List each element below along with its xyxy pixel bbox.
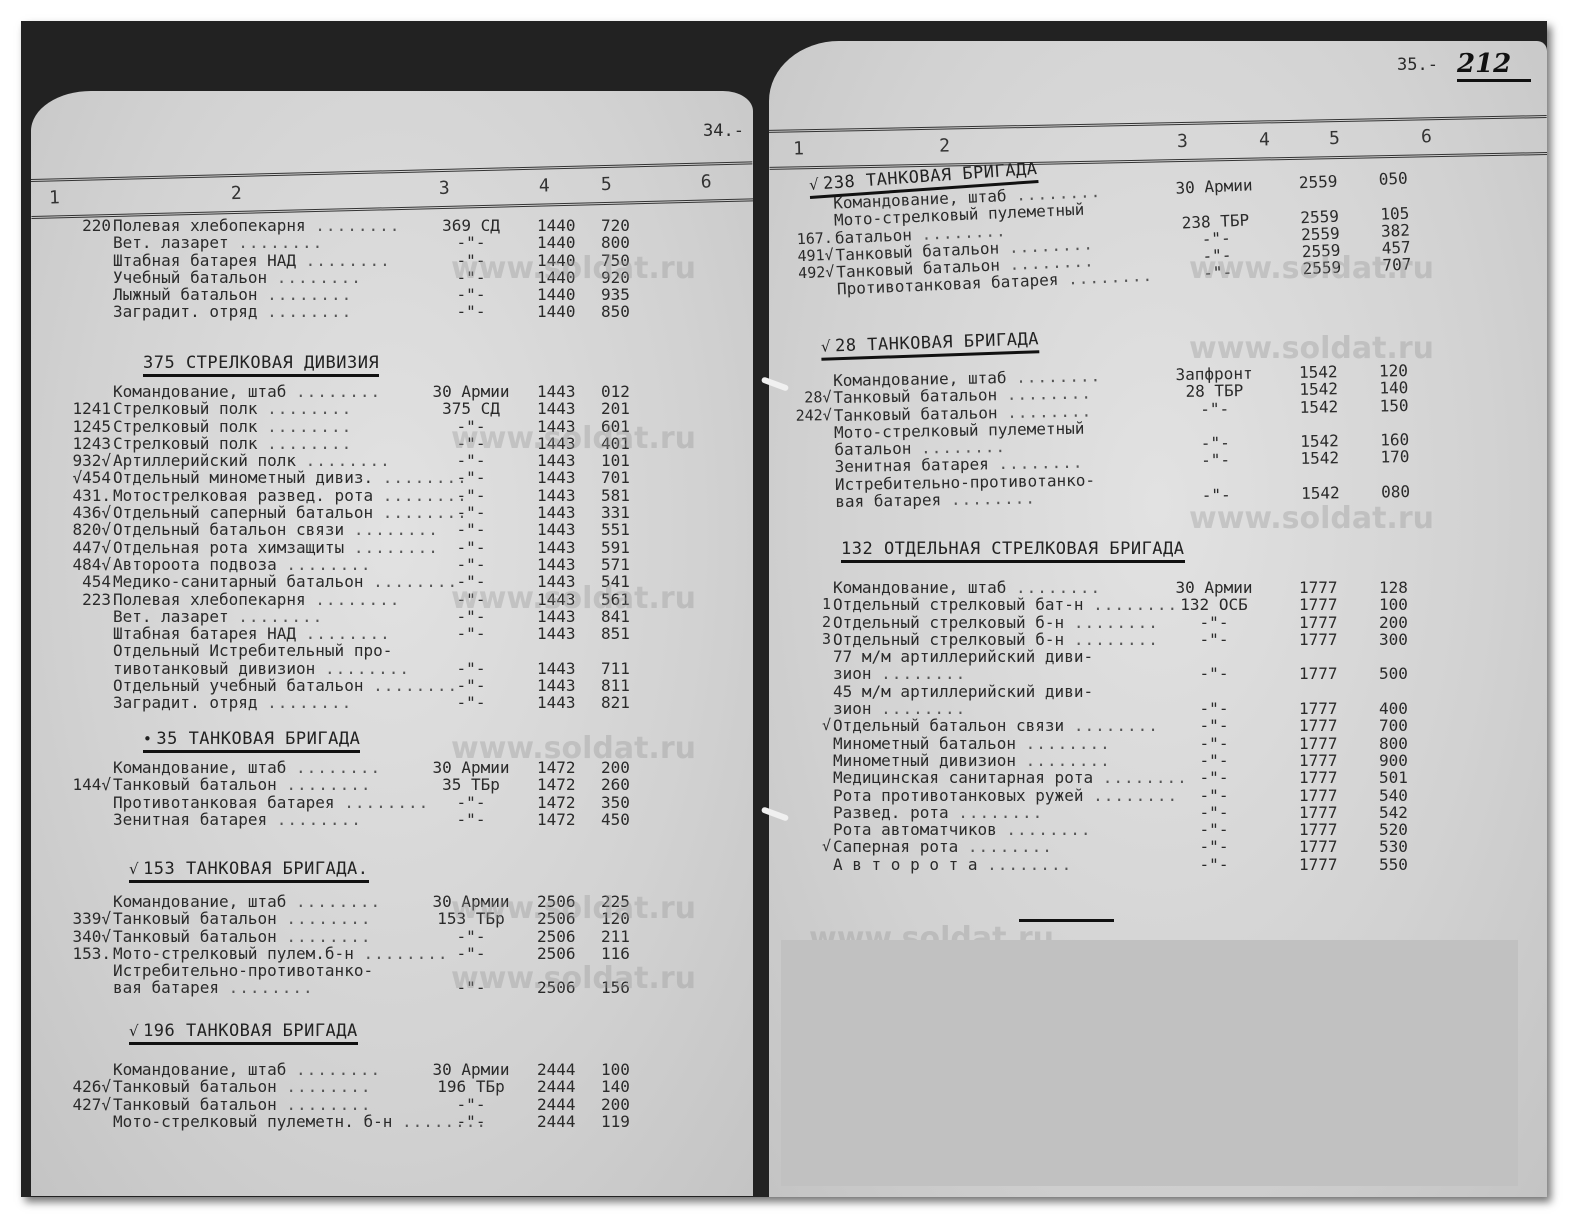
check-mark-icon: √ bbox=[821, 337, 832, 355]
unit-code: 100 bbox=[601, 1061, 630, 1078]
unit-code: 800 bbox=[1379, 735, 1408, 752]
unit-code: 119 bbox=[601, 1113, 630, 1130]
table-row: Командование, штаб ........30 Армии25062… bbox=[41, 893, 741, 910]
table-row: 454Медико-санитарный батальон ........-"… bbox=[41, 573, 741, 590]
field-post-code: 1542 bbox=[1300, 432, 1339, 450]
table-row: 1Отдельный стрелковый бат-н ........132 … bbox=[779, 596, 1539, 613]
subordination: -"- bbox=[411, 556, 531, 573]
unit-code: 100 bbox=[1379, 596, 1408, 613]
col-5: 5 bbox=[1329, 128, 1340, 149]
subordination: -"- bbox=[411, 573, 531, 590]
field-post-code: 1443 bbox=[537, 418, 576, 435]
unit-code: 520 bbox=[1379, 821, 1408, 838]
field-post-code: 1443 bbox=[537, 694, 576, 711]
unit-name: Отдельный батальон связи ........ bbox=[833, 717, 1159, 734]
unit-number bbox=[779, 372, 831, 373]
unit-name: Мото-стрелковый пулем.б-н ........ bbox=[113, 945, 449, 962]
unit-code: 260 bbox=[601, 776, 630, 793]
unit-number: 447√ bbox=[41, 539, 111, 556]
unit-code: 850 bbox=[601, 303, 630, 320]
unit-name: зион ........ bbox=[833, 700, 966, 717]
subordination: 369 СД bbox=[411, 217, 531, 234]
table-row: √454Отдельный минометный дивиз. ........… bbox=[41, 469, 741, 486]
unit-number: 427√ bbox=[41, 1096, 111, 1113]
unit-number: 1245 bbox=[41, 418, 111, 435]
field-post-code: 1443 bbox=[537, 383, 576, 400]
field-post-code: 1440 bbox=[537, 217, 576, 234]
table-row: Минометный батальон ........-"-1777800 bbox=[779, 735, 1539, 752]
field-post-code: 1443 bbox=[537, 435, 576, 452]
unit-number: 820√ bbox=[41, 521, 111, 538]
table-row: Противотанковая батарея ........-"-14723… bbox=[41, 794, 741, 811]
unit-name: Истребительно-противотанко- bbox=[113, 962, 373, 979]
table-row: Рота автоматчиков ........-"-1777520 bbox=[779, 821, 1539, 838]
unit-number bbox=[779, 195, 831, 197]
table-row: Отдельный учебный батальон ........-"-14… bbox=[41, 677, 741, 694]
table-row: 932√Артиллерийский полк ........-"-14431… bbox=[41, 452, 741, 469]
unit-name: Саперная рота ........ bbox=[833, 838, 1053, 855]
field-post-code: 1443 bbox=[537, 452, 576, 469]
table-row: 426√Танковый батальон ........196 ТБр244… bbox=[41, 1078, 741, 1095]
column-header: 1 2 3 4 5 6 bbox=[769, 115, 1547, 170]
subordination: -"- bbox=[411, 694, 531, 711]
field-post-code: 1777 bbox=[1299, 717, 1338, 734]
unit-code: 150 bbox=[1380, 397, 1409, 415]
unit-name: Артиллерийский полк ........ bbox=[113, 452, 391, 469]
unit-code: 050 bbox=[1378, 170, 1408, 188]
unit-name: вая батарея ........ bbox=[835, 490, 1036, 510]
subordination: 30 Армии bbox=[411, 383, 531, 400]
field-post-code: 1443 bbox=[537, 660, 576, 677]
field-post-code: 1777 bbox=[1299, 614, 1338, 631]
unit-code: 581 bbox=[601, 487, 630, 504]
unit-code: 541 bbox=[601, 573, 630, 590]
unit-code: 156 bbox=[601, 979, 630, 996]
unit-name: Отдельный батальон связи ........ bbox=[113, 521, 439, 538]
subordination: -"- bbox=[1149, 717, 1279, 734]
subordination: -"- bbox=[1149, 665, 1279, 682]
table-row: Лыжный батальон ........-"-1440935 bbox=[41, 286, 741, 303]
subordination: -"- bbox=[411, 979, 531, 996]
col-4: 4 bbox=[539, 175, 550, 196]
unit-code: 400 bbox=[1379, 700, 1408, 717]
subordination: -"- bbox=[411, 625, 531, 642]
unit-name: 77 м/м артиллерийский диви- bbox=[833, 648, 1093, 665]
unit-code: 170 bbox=[1380, 448, 1409, 466]
field-post-code: 1440 bbox=[537, 252, 576, 269]
section-title: 375 СТРЕЛКОВАЯ ДИВИЗИЯ bbox=[143, 353, 379, 377]
unit-name: Танковый батальон ........ bbox=[113, 1096, 371, 1113]
unit-name: зион ........ bbox=[833, 665, 966, 682]
subordination: 30 Армии bbox=[411, 1061, 531, 1078]
unit-name: Полевая хлебопекарня ........ bbox=[113, 591, 400, 608]
unit-code: 500 bbox=[1379, 665, 1408, 682]
unit-number: 223 bbox=[41, 591, 111, 608]
table-row: Командование, штаб ........30 Армии14430… bbox=[41, 383, 741, 400]
field-post-code: 1777 bbox=[1299, 700, 1338, 717]
col-2: 2 bbox=[939, 135, 950, 156]
unit-code: 841 bbox=[601, 608, 630, 625]
field-post-code: 1542 bbox=[1299, 363, 1338, 381]
field-post-code: 1443 bbox=[537, 400, 576, 417]
unit-number: 144√ bbox=[41, 776, 111, 793]
table-row: зион ........-"-1777400 bbox=[779, 700, 1539, 717]
table-row: Учебный батальон ........-"-1440920 bbox=[41, 269, 741, 286]
unit-number bbox=[780, 441, 832, 442]
field-post-code: 1777 bbox=[1299, 596, 1338, 613]
table-row: зион ........-"-1777500 bbox=[779, 665, 1539, 682]
table-row: Вет. лазарет ........-"-1440800 bbox=[41, 234, 741, 251]
unit-code: 720 bbox=[601, 217, 630, 234]
subordination: -"- bbox=[411, 504, 531, 521]
unit-block: Командование, штаб ........30 Армии14430… bbox=[41, 383, 741, 712]
field-post-code: 1472 bbox=[537, 759, 576, 776]
subordination: 153 ТБр bbox=[411, 910, 531, 927]
table-row: Командование, штаб ........30 Армии24441… bbox=[41, 1061, 741, 1078]
unit-number: 220 bbox=[41, 217, 111, 234]
subordination: -"- bbox=[411, 677, 531, 694]
subordination: -"- bbox=[411, 487, 531, 504]
unit-number: 3 bbox=[779, 631, 831, 648]
field-post-code: 1777 bbox=[1299, 579, 1338, 596]
unit-code: 116 bbox=[601, 945, 630, 962]
field-post-code: 1443 bbox=[537, 608, 576, 625]
unit-number: 436√ bbox=[41, 504, 111, 521]
unit-number: 28√ bbox=[779, 389, 831, 407]
table-row: Мото-стрелковый пулеметн. б-н ........-"… bbox=[41, 1113, 741, 1130]
table-row: 339√Танковый батальон ........153 ТБр250… bbox=[41, 910, 741, 927]
unit-code: 540 bbox=[1379, 787, 1408, 804]
table-row: 484√Автороота подвоза ........-"-1443571 bbox=[41, 556, 741, 573]
field-post-code: 1542 bbox=[1300, 450, 1339, 468]
unit-code: 140 bbox=[1379, 379, 1408, 397]
unit-code: 201 bbox=[601, 400, 630, 417]
field-post-code: 1777 bbox=[1299, 665, 1338, 682]
unit-name: Вет. лазарет ........ bbox=[113, 234, 323, 251]
subordination: -"- bbox=[1149, 787, 1279, 804]
unit-name: Учебный батальон ........ bbox=[113, 269, 362, 286]
unit-name: 45 м/м артиллерийский диви- bbox=[833, 683, 1093, 700]
unit-number: 153. bbox=[41, 945, 111, 962]
unit-number: 431. bbox=[41, 487, 111, 504]
subordination: -"- bbox=[1150, 399, 1280, 418]
subordination: -"- bbox=[1149, 614, 1279, 631]
unit-code: 211 bbox=[601, 928, 630, 945]
table-row: 1245Стрелковый полк ........-"-1443601 bbox=[41, 418, 741, 435]
table-row: 220Полевая хлебопекарня ........369 СД14… bbox=[41, 217, 741, 234]
field-post-code: 1443 bbox=[537, 539, 576, 556]
subordination: 35 ТБр bbox=[411, 776, 531, 793]
unit-name: Командование, штаб ........ bbox=[833, 579, 1101, 596]
unit-name: Минометный дивизион ........ bbox=[833, 752, 1111, 769]
subordination: -"- bbox=[411, 591, 531, 608]
unit-code: 225 bbox=[601, 893, 630, 910]
unit-code: 591 bbox=[601, 539, 630, 556]
unit-block: Командование, штаб ........Запфронт15421… bbox=[779, 360, 1541, 512]
field-post-code: 1542 bbox=[1300, 398, 1339, 416]
subordination: 132 ОСБ bbox=[1149, 596, 1279, 613]
subordination: -"- bbox=[411, 928, 531, 945]
unit-name: Отдельный стрелковый бат-н ........ bbox=[833, 596, 1178, 613]
table-row: Штабная батарея НАД ........-"-1440750 bbox=[41, 252, 741, 269]
unit-code: 350 bbox=[601, 794, 630, 811]
unit-code: 601 bbox=[601, 418, 630, 435]
unit-number: 426√ bbox=[41, 1078, 111, 1095]
subordination: -"- bbox=[1149, 804, 1279, 821]
table-row: Рота противотанковых ружей ........-"-17… bbox=[779, 787, 1539, 804]
unit-name: Медико-санитарный батальон ........ bbox=[113, 573, 458, 590]
unit-code: 101 bbox=[601, 452, 630, 469]
field-post-code: 1440 bbox=[537, 286, 576, 303]
unit-name: Развед. рота ........ bbox=[833, 804, 1043, 821]
unit-number: 932√ bbox=[41, 452, 111, 469]
unit-number: 339√ bbox=[41, 910, 111, 927]
table-row: 1241Стрелковый полк ........375 СД144320… bbox=[41, 400, 741, 417]
unit-name: Штабная батарея НАД ........ bbox=[113, 625, 391, 642]
subordination: 30 Армии bbox=[411, 759, 531, 776]
book-photo-frame: 34.- 1 2 3 4 5 6 220Полевая хлебопекарня… bbox=[21, 21, 1547, 1197]
unit-code: 542 bbox=[1379, 804, 1408, 821]
table-row: Заградит. отряд ........-"-1440850 bbox=[41, 303, 741, 320]
field-post-code: 1777 bbox=[1299, 735, 1338, 752]
column-header: 1 2 3 4 5 6 bbox=[31, 161, 753, 219]
subordination: -"- bbox=[1151, 485, 1281, 504]
watermark: www.soldat.ru bbox=[1189, 501, 1434, 536]
col-5: 5 bbox=[601, 174, 612, 195]
field-post-code: 1443 bbox=[537, 469, 576, 486]
subordination: -"- bbox=[411, 521, 531, 538]
unit-name: Вет. лазарет ........ bbox=[113, 608, 323, 625]
field-post-code: 1440 bbox=[537, 303, 576, 320]
section-title: √28 ТАНКОВАЯ БРИГАДА bbox=[821, 329, 1040, 361]
subordination: -"- bbox=[1149, 769, 1279, 786]
unit-code: 128 bbox=[1379, 579, 1408, 596]
field-post-code: 2506 bbox=[537, 928, 576, 945]
section-title: √196 ТАНКОВАЯ БРИГАДА bbox=[129, 1021, 358, 1045]
unit-code: 561 bbox=[601, 591, 630, 608]
subordination: -"- bbox=[1149, 838, 1279, 855]
field-post-code: 2506 bbox=[537, 893, 576, 910]
unit-code: 105 bbox=[1380, 204, 1410, 222]
field-post-code: 1443 bbox=[537, 573, 576, 590]
table-row: 431.Мотострелковая развед. рота ........… bbox=[41, 487, 741, 504]
subordination: -"- bbox=[411, 418, 531, 435]
field-post-code: 2559 bbox=[1302, 259, 1341, 278]
unit-name: Отдельный стрелковый б-н ........ bbox=[833, 631, 1159, 648]
unit-name: Лыжный батальон ........ bbox=[113, 286, 352, 303]
col-4: 4 bbox=[1259, 129, 1270, 150]
check-mark-icon: √ bbox=[809, 175, 820, 194]
field-post-code: 1542 bbox=[1299, 381, 1338, 399]
table-row: Штабная батарея НАД ........-"-1443851 bbox=[41, 625, 741, 642]
field-post-code: 2506 bbox=[537, 945, 576, 962]
unit-name: Зенитная батарея ........ bbox=[113, 811, 362, 828]
field-post-code: 1472 bbox=[537, 776, 576, 793]
field-post-code: 1542 bbox=[1301, 484, 1340, 502]
redacted-area bbox=[781, 940, 1518, 1186]
table-row: 144√Танковый батальон ........35 ТБр1472… bbox=[41, 776, 741, 793]
field-post-code: 1777 bbox=[1299, 856, 1338, 873]
unit-name: Заградит. отряд ........ bbox=[113, 303, 352, 320]
page-number: 35.- bbox=[1397, 55, 1438, 75]
unit-code: 450 bbox=[601, 811, 630, 828]
unit-name: Стрелковый полк ........ bbox=[113, 435, 352, 452]
subordination: -"- bbox=[411, 1113, 531, 1130]
unit-code: 012 bbox=[601, 383, 630, 400]
unit-code: 331 bbox=[601, 504, 630, 521]
subordination: -"- bbox=[411, 252, 531, 269]
unit-code: 811 bbox=[601, 677, 630, 694]
table-row: 2Отдельный стрелковый б-н ........-"-177… bbox=[779, 614, 1539, 631]
field-post-code: 2444 bbox=[537, 1078, 576, 1095]
unit-name: Рота противотанковых ружей ........ bbox=[833, 787, 1178, 804]
unit-code: 550 bbox=[1379, 856, 1408, 873]
subordination: -"- bbox=[1149, 752, 1279, 769]
table-row: 340√Танковый батальон ........-"-2506211 bbox=[41, 928, 741, 945]
subordination: 28 ТБР bbox=[1149, 382, 1279, 401]
field-post-code: 1443 bbox=[537, 625, 576, 642]
unit-name: Танковый батальон ........ bbox=[113, 1078, 371, 1095]
field-post-code: 2559 bbox=[1299, 173, 1338, 192]
unit-code: 200 bbox=[601, 759, 630, 776]
section-title: √153 ТАНКОВАЯ БРИГАДА. bbox=[129, 859, 369, 883]
subordination: -"- bbox=[1149, 700, 1279, 717]
unit-name: Штабная батарея НАД ........ bbox=[113, 252, 391, 269]
subordination: -"- bbox=[1150, 433, 1280, 452]
unit-number: 340√ bbox=[41, 928, 111, 945]
unit-name: Автороота подвоза ........ bbox=[113, 556, 371, 573]
subordination: -"- bbox=[411, 794, 531, 811]
field-post-code: 2444 bbox=[537, 1096, 576, 1113]
unit-code: 571 bbox=[601, 556, 630, 573]
subordination: -"- bbox=[411, 945, 531, 962]
unit-name: Танковый батальон ........ bbox=[113, 776, 371, 793]
subordination: 196 ТБр bbox=[411, 1078, 531, 1095]
field-post-code: 2506 bbox=[537, 910, 576, 927]
unit-block: Командование, штаб ........30 Армии14722… bbox=[41, 759, 741, 828]
table-row: 427√Танковый батальон ........-"-2444200 bbox=[41, 1096, 741, 1113]
field-post-code: 2444 bbox=[537, 1113, 576, 1130]
unit-number: 492√ bbox=[782, 264, 835, 283]
unit-number bbox=[781, 493, 833, 494]
unit-block: Командование, штаб ........30 Армии17771… bbox=[779, 579, 1539, 873]
unit-code: 900 bbox=[1379, 752, 1408, 769]
section-title: 132 ОТДЕЛЬНАЯ СТРЕЛКОВАЯ БРИГАДА bbox=[841, 539, 1185, 563]
field-post-code: 1472 bbox=[537, 811, 576, 828]
field-post-code: 1777 bbox=[1299, 752, 1338, 769]
unit-name: Отдельный учебный батальон ........ bbox=[113, 677, 458, 694]
unit-number: 1 bbox=[779, 596, 831, 613]
col-2: 2 bbox=[231, 183, 242, 204]
field-post-code: 2506 bbox=[537, 979, 576, 996]
unit-name: Отдельный стрелковый б-н ........ bbox=[833, 614, 1159, 631]
col-6: 6 bbox=[701, 171, 712, 192]
unit-name: Медицинская санитарная рота ........ bbox=[833, 769, 1188, 786]
subordination: 30 Армии bbox=[1149, 579, 1279, 596]
page-number: 34.- bbox=[703, 121, 744, 141]
field-post-code: 2444 bbox=[537, 1061, 576, 1078]
unit-number bbox=[780, 424, 832, 425]
col-1: 1 bbox=[793, 138, 804, 159]
unit-code: 920 bbox=[601, 269, 630, 286]
left-page: 34.- 1 2 3 4 5 6 220Полевая хлебопекарня… bbox=[31, 91, 753, 1196]
table-row: Медицинская санитарная рота ........-"-1… bbox=[779, 769, 1539, 786]
unit-code: 707 bbox=[1382, 256, 1412, 274]
field-post-code: 1777 bbox=[1299, 787, 1338, 804]
handwritten-page-number: 212 bbox=[1457, 49, 1531, 82]
subordination: -"- bbox=[1149, 821, 1279, 838]
unit-number: 484√ bbox=[41, 556, 111, 573]
col-3: 3 bbox=[1177, 131, 1188, 152]
field-post-code: 1777 bbox=[1299, 769, 1338, 786]
unit-number bbox=[781, 459, 833, 460]
field-post-code: 1777 bbox=[1299, 804, 1338, 821]
unit-name: Танковый батальон ........ bbox=[113, 910, 371, 927]
table-row: 436√Отдельный саперный батальон ........… bbox=[41, 504, 741, 521]
unit-code: 401 bbox=[601, 435, 630, 452]
unit-code: 711 bbox=[601, 660, 630, 677]
unit-name: Минометный батальон ........ bbox=[833, 735, 1111, 752]
unit-name: Стрелковый полк ........ bbox=[113, 418, 352, 435]
table-row: А в т о р о т а ........-"-1777550 bbox=[779, 856, 1539, 873]
unit-name: Командование, штаб ........ bbox=[113, 759, 381, 776]
table-row: Минометный дивизион ........-"-1777900 bbox=[779, 752, 1539, 769]
unit-code: 551 bbox=[601, 521, 630, 538]
field-post-code: 1440 bbox=[537, 269, 576, 286]
unit-name: Командование, штаб ........ bbox=[113, 383, 381, 400]
table-row: Заградит. отряд ........-"-1443821 bbox=[41, 694, 741, 711]
table-row: Истребительно-противотанко- bbox=[41, 962, 741, 979]
unit-code: 935 bbox=[601, 286, 630, 303]
unit-name: А в т о р о т а ........ bbox=[833, 856, 1072, 873]
subordination: 375 СД bbox=[411, 400, 531, 417]
unit-number: 242√ bbox=[780, 407, 832, 425]
unit-code: 851 bbox=[601, 625, 630, 642]
table-row: Отдельный Истребительный про- bbox=[41, 642, 741, 659]
subordination: -"- bbox=[411, 1096, 531, 1113]
table-row: Развед. рота ........-"-1777542 bbox=[779, 804, 1539, 821]
subordination: -"- bbox=[411, 452, 531, 469]
unit-number: 454 bbox=[41, 573, 111, 590]
end-rule bbox=[1019, 919, 1114, 922]
unit-name: Заградит. отряд ........ bbox=[113, 694, 352, 711]
unit-name: тивотанковый дивизион ........ bbox=[113, 660, 410, 677]
unit-number: 1243 bbox=[41, 435, 111, 452]
field-post-code: 1777 bbox=[1299, 631, 1338, 648]
subordination: -"- bbox=[411, 469, 531, 486]
table-row: Вет. лазарет ........-"-1443841 bbox=[41, 608, 741, 625]
subordination: -"- bbox=[411, 435, 531, 452]
unit-name: Командование, штаб ........ bbox=[113, 1061, 381, 1078]
unit-code: 080 bbox=[1381, 483, 1410, 501]
table-row: 153.Мото-стрелковый пулем.б-н ........-"… bbox=[41, 945, 741, 962]
field-post-code: 1443 bbox=[537, 504, 576, 521]
col-1: 1 bbox=[49, 187, 60, 208]
unit-number bbox=[781, 476, 833, 477]
unit-code: 160 bbox=[1380, 431, 1409, 449]
subordination: -"- bbox=[411, 811, 531, 828]
unit-code: 300 bbox=[1379, 631, 1408, 648]
field-post-code: 1443 bbox=[537, 521, 576, 538]
table-row: Командование, штаб ........30 Армии17771… bbox=[779, 579, 1539, 596]
unit-block: 220Полевая хлебопекарня ........369 СД14… bbox=[41, 217, 741, 321]
unit-code: 821 bbox=[601, 694, 630, 711]
table-row: 447√Отдельная рота химзащиты ........-"-… bbox=[41, 539, 741, 556]
unit-name: Полевая хлебопекарня ........ bbox=[113, 217, 400, 234]
field-post-code: 1777 bbox=[1299, 838, 1338, 855]
unit-code: 800 bbox=[601, 234, 630, 251]
subordination: 30 Армии bbox=[411, 893, 531, 910]
